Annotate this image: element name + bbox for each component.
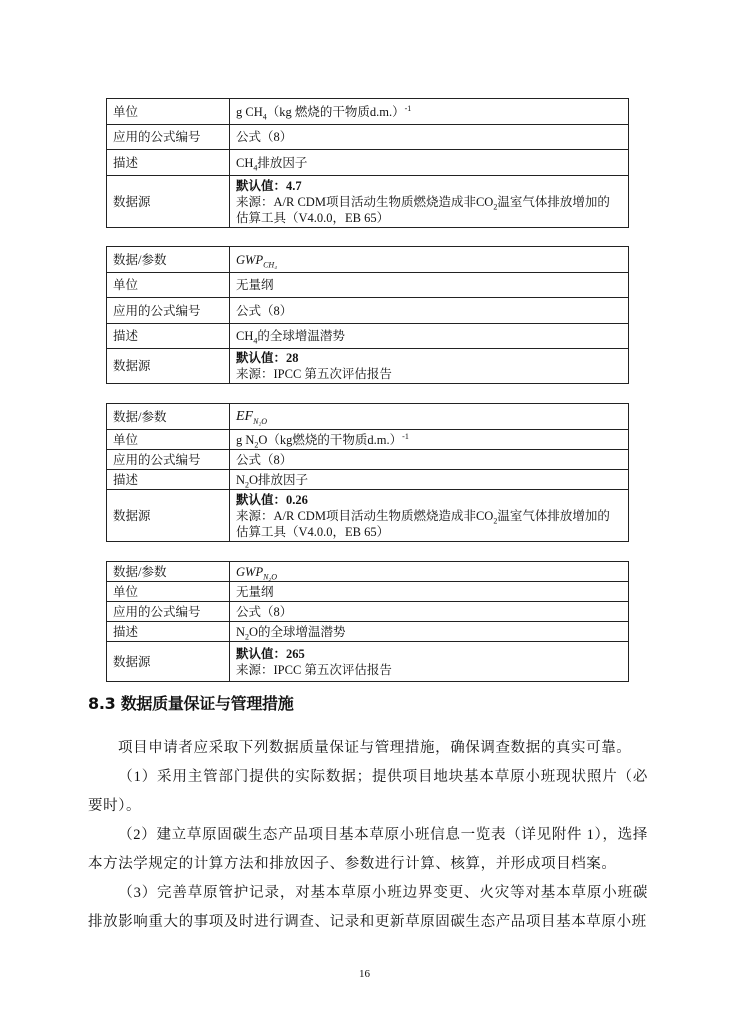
paragraph: （3）完善草原管护记录，对基本草原小班边界变更、火灾等对基本草原小班碳排放影响重…	[88, 879, 648, 937]
paragraph: （1）采用主管部门提供的实际数据；提供项目地块基本草原小班现状照片（必要时）。	[88, 763, 648, 821]
value-text: N	[236, 473, 245, 487]
table-row: 数据源 默认值：28 来源：IPCC 第五次评估报告	[107, 349, 629, 384]
row-key: 数据源	[107, 642, 230, 682]
source-text: 来源：IPCC 第五次评估报告	[236, 662, 622, 678]
table-row: 数据/参数 EFN₂O	[107, 404, 629, 430]
table-row: 描述 N2O的全球增温潜势	[107, 622, 629, 642]
source-text: 来源：A/R CDM项目活动生物质燃烧造成非CO2温室气体排放增加的估算工具（V…	[236, 508, 622, 540]
source-text: 来源：IPCC 第五次评估报告	[236, 366, 622, 382]
value-text: 排放因子	[257, 156, 307, 170]
symbol-subscript: N₂O	[253, 416, 267, 425]
table-row: 描述 CH4排放因子	[107, 150, 629, 176]
value-text: CH	[236, 329, 253, 343]
table-row: 数据源 默认值：4.7 来源：A/R CDM项目活动生物质燃烧造成非CO2温室气…	[107, 176, 629, 228]
row-key: 描述	[107, 470, 230, 490]
value-text: g CH	[236, 105, 263, 119]
value-text: O的全球增温潜势	[249, 625, 346, 639]
parameter-table-ef-ch4: 单位 g CH4（kg 燃烧的干物质d.m.）-1 应用的公式编号 公式（8） …	[106, 98, 629, 228]
value-text: （kg 燃烧的干物质d.m.）	[267, 105, 405, 119]
table-row: 应用的公式编号 公式（8）	[107, 450, 629, 470]
table-row: 单位 g N2O（kg燃烧的干物质d.m.）-1	[107, 430, 629, 450]
row-value: CH4的全球增温潜势	[230, 324, 629, 349]
row-value: N2O排放因子	[230, 470, 629, 490]
symbol-main: GWP	[236, 253, 263, 267]
row-key: 描述	[107, 622, 230, 642]
row-key: 单位	[107, 273, 230, 298]
row-key: 描述	[107, 150, 230, 176]
row-key: 数据源	[107, 176, 230, 228]
symbol: GWPN₂O	[230, 562, 629, 582]
table-row: 描述 N2O排放因子	[107, 470, 629, 490]
symbol-subscript: N₂O	[263, 572, 277, 581]
section-heading: 8.3 数据质量保证与管理措施	[88, 691, 293, 714]
default-label: 默认值：	[236, 351, 286, 365]
default-value: 默认值：28	[236, 350, 622, 366]
default-label: 默认值：	[236, 647, 286, 661]
source-text: 来源：A/R CDM项目活动生物质燃烧造成非CO2温室气体排放增加的估算工具（V…	[236, 194, 622, 226]
value-text: CH	[236, 156, 253, 170]
paragraph-text: （2）建立草原固碳生态产品项目基本草原小班信息一览表（详见附件 1），选择本方法…	[88, 827, 648, 872]
row-value: 默认值：4.7 来源：A/R CDM项目活动生物质燃烧造成非CO2温室气体排放增…	[230, 176, 629, 228]
row-key: 应用的公式编号	[107, 602, 230, 622]
row-value: 公式（8）	[230, 125, 629, 150]
row-key: 单位	[107, 582, 230, 602]
default-value: 默认值：4.7	[236, 178, 622, 194]
row-key: 数据/参数	[107, 562, 230, 582]
symbol-main: EF	[236, 409, 253, 424]
paragraph-text: 项目申请者应采取下列数据质量保证与管理措施，确保调查数据的真实可靠。	[118, 740, 631, 756]
value-text: 的全球增温潜势	[257, 329, 345, 343]
row-value: 默认值：265 来源：IPCC 第五次评估报告	[230, 642, 629, 682]
superscript: -1	[402, 431, 409, 440]
paragraph-text: （3）完善草原管护记录，对基本草原小班边界变更、火灾等对基本草原小班碳排放影响重…	[88, 885, 648, 930]
value-text: O（kg燃烧的干物质d.m.）	[258, 433, 402, 447]
symbol-subscript: CH₄	[263, 260, 277, 269]
default-number: 0.26	[286, 493, 308, 507]
row-value: g N2O（kg燃烧的干物质d.m.）-1	[230, 430, 629, 450]
parameter-table-gwp-n2o: 数据/参数 GWPN₂O 单位 无量纲 应用的公式编号 公式（8） 描述 N2O…	[106, 561, 629, 682]
value-text: O排放因子	[249, 473, 308, 487]
table-row: 数据源 默认值：265 来源：IPCC 第五次评估报告	[107, 642, 629, 682]
row-key: 数据/参数	[107, 247, 230, 273]
symbol: GWPCH₄	[230, 247, 629, 273]
table-row: 数据源 默认值：0.26 来源：A/R CDM项目活动生物质燃烧造成非CO2温室…	[107, 490, 629, 542]
default-value: 默认值：0.26	[236, 492, 622, 508]
table-row: 单位 无量纲	[107, 273, 629, 298]
default-label: 默认值：	[236, 493, 286, 507]
default-number: 28	[286, 351, 299, 365]
parameter-table-ef-n2o: 数据/参数 EFN₂O 单位 g N2O（kg燃烧的干物质d.m.）-1 应用的…	[106, 403, 629, 542]
default-number: 265	[286, 647, 305, 661]
row-value: 公式（8）	[230, 450, 629, 470]
paragraph: 项目申请者应采取下列数据质量保证与管理措施，确保调查数据的真实可靠。	[88, 734, 648, 763]
default-number: 4.7	[286, 179, 302, 193]
row-key: 数据源	[107, 349, 230, 384]
row-key: 应用的公式编号	[107, 298, 230, 324]
row-value: 默认值：28 来源：IPCC 第五次评估报告	[230, 349, 629, 384]
row-key: 数据源	[107, 490, 230, 542]
table-row: 数据/参数 GWPN₂O	[107, 562, 629, 582]
symbol: EFN₂O	[230, 404, 629, 430]
default-label: 默认值：	[236, 179, 286, 193]
superscript: -1	[405, 103, 412, 112]
paragraph: （2）建立草原固碳生态产品项目基本草原小班信息一览表（详见附件 1），选择本方法…	[88, 821, 648, 879]
value-text: g N	[236, 433, 254, 447]
row-value: 公式（8）	[230, 602, 629, 622]
row-value: 无量纲	[230, 273, 629, 298]
symbol-main: GWP	[236, 565, 263, 579]
row-value: CH4排放因子	[230, 150, 629, 176]
table-row: 单位 无量纲	[107, 582, 629, 602]
row-value: 默认值：0.26 来源：A/R CDM项目活动生物质燃烧造成非CO2温室气体排放…	[230, 490, 629, 542]
row-value: g CH4（kg 燃烧的干物质d.m.）-1	[230, 99, 629, 125]
row-value: N2O的全球增温潜势	[230, 622, 629, 642]
row-key: 应用的公式编号	[107, 450, 230, 470]
table-row: 数据/参数 GWPCH₄	[107, 247, 629, 273]
default-value: 默认值：265	[236, 646, 622, 662]
table-row: 应用的公式编号 公式（8）	[107, 125, 629, 150]
table-row: 单位 g CH4（kg 燃烧的干物质d.m.）-1	[107, 99, 629, 125]
row-key: 应用的公式编号	[107, 125, 230, 150]
row-value: 公式（8）	[230, 298, 629, 324]
value-text: N	[236, 625, 245, 639]
row-key: 描述	[107, 324, 230, 349]
row-value: 无量纲	[230, 582, 629, 602]
row-key: 单位	[107, 99, 230, 125]
row-key: 单位	[107, 430, 230, 450]
table-row: 描述 CH4的全球增温潜势	[107, 324, 629, 349]
value-text: 来源：A/R CDM项目活动生物质燃烧造成非CO	[236, 195, 493, 209]
page-number: 16	[359, 968, 370, 980]
paragraph-text: （1）采用主管部门提供的实际数据；提供项目地块基本草原小班现状照片（必要时）。	[88, 769, 648, 814]
table-row: 应用的公式编号 公式（8）	[107, 602, 629, 622]
value-text: 来源：A/R CDM项目活动生物质燃烧造成非CO	[236, 509, 493, 523]
table-row: 应用的公式编号 公式（8）	[107, 298, 629, 324]
row-key: 数据/参数	[107, 404, 230, 430]
parameter-table-gwp-ch4: 数据/参数 GWPCH₄ 单位 无量纲 应用的公式编号 公式（8） 描述 CH4…	[106, 246, 629, 384]
